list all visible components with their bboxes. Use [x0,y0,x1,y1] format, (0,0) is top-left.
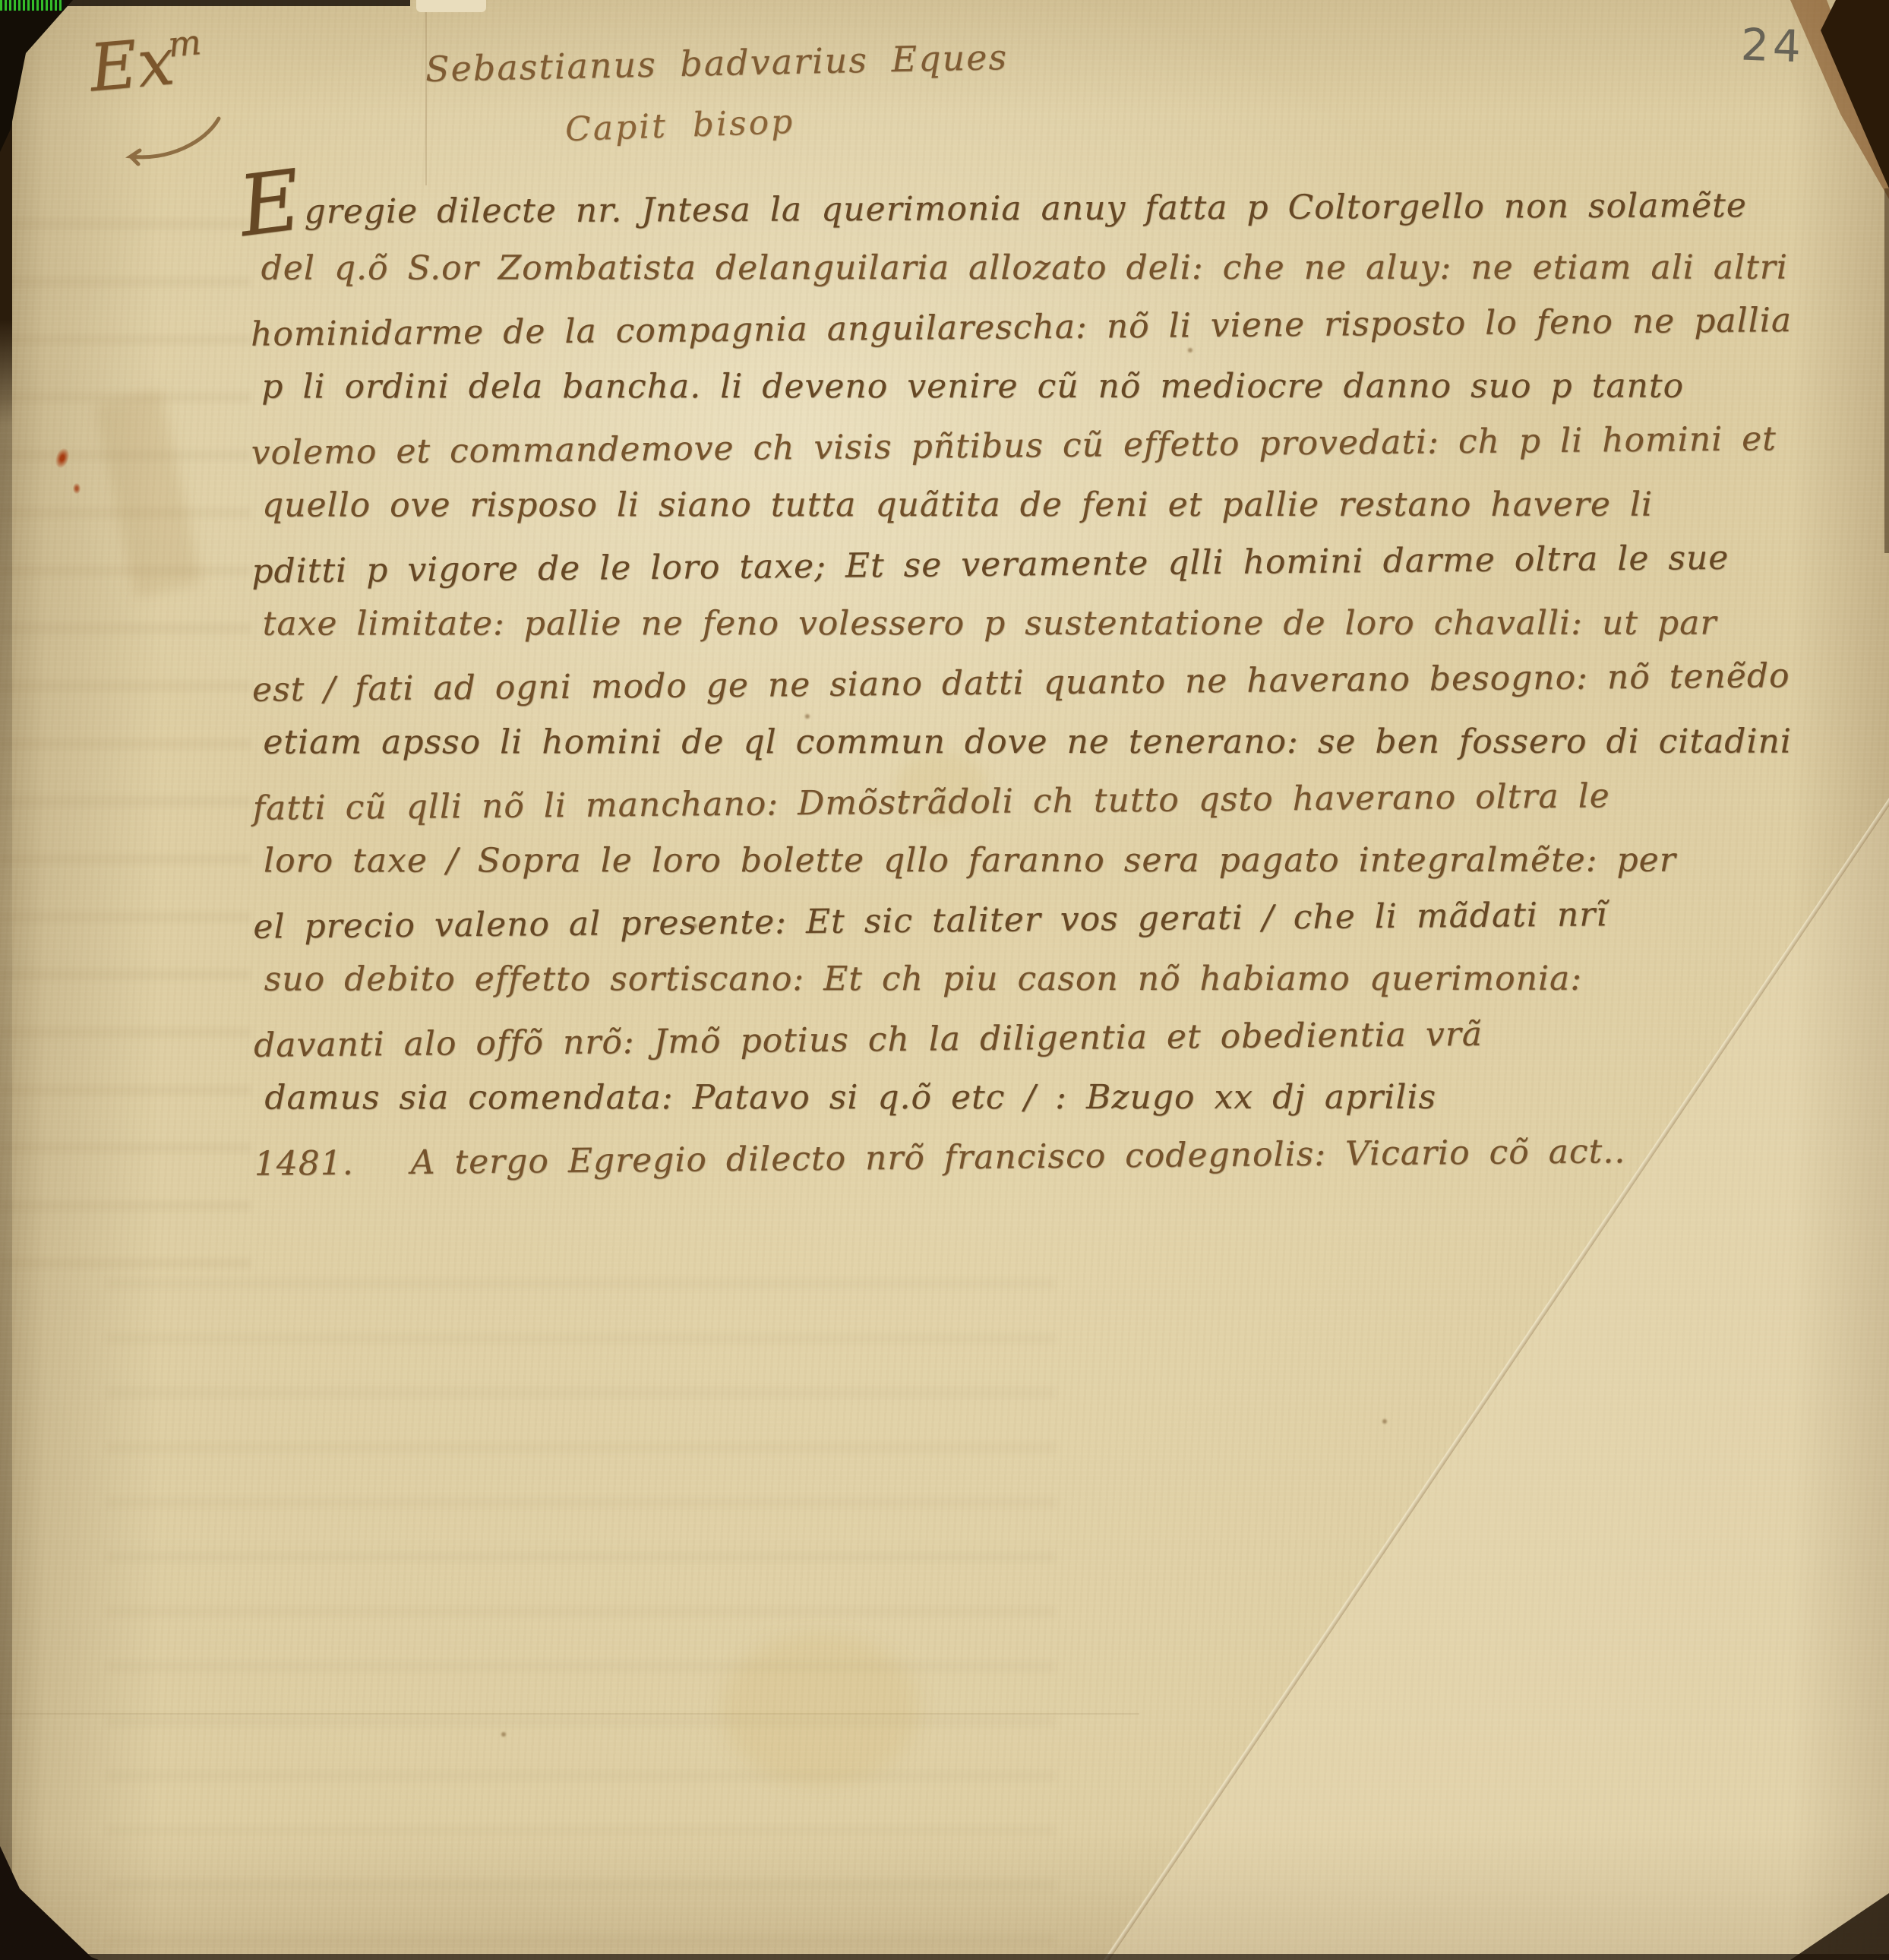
page-corner-bottom-right [1790,1892,1889,1960]
manuscript-line: pditti p vigore de le loro taxe; Et se v… [251,527,1855,602]
red-ink-stain [73,483,81,494]
vertical-crease [425,9,427,185]
verso-showthrough [106,1276,1056,1945]
scanner-color-strip [0,0,64,11]
header-title-line: Capit bisop [564,103,795,150]
pen-flourish [114,114,228,175]
binding-edge [1798,0,1889,205]
manuscript-line: del q.õ S.or Zombatista delanguilaria al… [261,238,1864,298]
manuscript-page: Exm 24 Sebastianus badvarius Eques Capit… [0,0,1889,1960]
horizontal-crease [0,1713,1139,1715]
manuscript-line: p li ordini dela bancha. li deveno venir… [261,356,1864,416]
corner-mark-base: Ex [87,24,178,106]
manuscript-line: etiam apsso li homini de ql commun dove … [263,712,1865,772]
manuscript-line: davanti alo offõ nrõ: Jmõ potius ch la d… [254,1001,1857,1076]
exemplum-corner-mark: Exm [87,21,210,106]
manuscript-line: taxe limitate: pallie ne feno volessero … [263,593,1865,653]
manuscript-line-text: gregie dilecte nr. Jntesa la querimonia … [304,186,1746,231]
manuscript-line: hominidarme de la compagnia anguilaresch… [251,290,1854,365]
page-edge-right [1884,188,1889,553]
paper-smudge [94,390,202,597]
manuscript-line: quello ove risposo li siano tutta quãtit… [262,475,1865,535]
ink-speck [501,1732,506,1737]
manuscript-line: damus sia comendata: Patavo si q.õ etc /… [264,1067,1867,1127]
ink-speck [1382,1419,1387,1424]
letter-body: Egregie dilecte nr. Jntesa la querimonia… [250,175,1857,1190]
manuscript-line: est / fati ad ogni modo ge ne siano datt… [252,646,1856,720]
header-sender-name: Sebastianus badvarius Eques [425,36,1009,90]
folio-number: 24 [1740,19,1805,73]
manuscript-line: fatti cũ qlli nõ li manchano: Dmõstrãdol… [252,764,1856,839]
manuscript-line: 1481. A tergo Egregio dilecto nrõ franci… [254,1120,1857,1194]
manuscript-line: el precio valeno al presente: Et sic tal… [253,883,1856,957]
verso-showthrough [0,205,251,1269]
red-ink-stain [53,447,71,469]
page-edge-left [0,0,12,1960]
page-edge-bottom [0,1954,1889,1960]
manuscript-line: suo debito effetto sortiscano: Et ch piu… [264,949,1867,1009]
manuscript-line: Egregie dilecte nr. Jntesa la querimonia… [239,175,1842,242]
paper-tab [416,0,486,12]
corner-mark-superscript: m [166,21,203,65]
paper-stain [722,1633,919,1785]
manuscript-line: volemo et commandemove ch visis pñtibus … [251,409,1854,483]
drop-cap: E [240,199,302,207]
manuscript-line: loro taxe / Sopra le loro bolette qllo f… [264,830,1866,890]
page-corner-bottom-left [0,1846,99,1960]
